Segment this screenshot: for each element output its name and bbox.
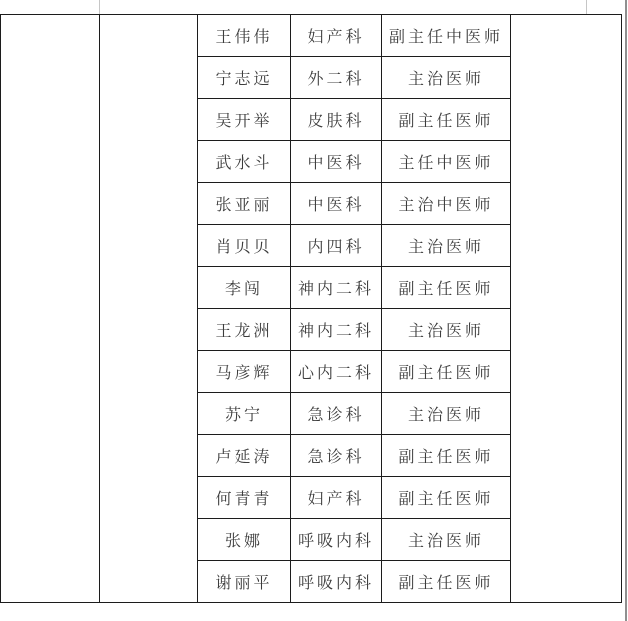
cell-name: 张娜 xyxy=(198,519,291,561)
table-continuation-line-right xyxy=(586,0,587,14)
cell-name: 宁志远 xyxy=(198,57,291,99)
cell-name: 何青青 xyxy=(198,477,291,519)
cell-department: 急诊科 xyxy=(291,393,382,435)
empty-merged-cell-right xyxy=(511,15,622,603)
document-page: 王伟伟 妇产科 副主任中医师 宁志远 外二科 主治医师 吴开举 皮肤科 副主任医… xyxy=(0,0,628,621)
cell-department: 急诊科 xyxy=(291,435,382,477)
cell-name: 马彦辉 xyxy=(198,351,291,393)
cell-title: 副主任医师 xyxy=(382,435,511,477)
cell-title: 副主任中医师 xyxy=(382,15,511,57)
cell-name: 武水斗 xyxy=(198,141,291,183)
cell-name: 谢丽平 xyxy=(198,561,291,603)
table-continuation-line-left xyxy=(99,0,100,14)
cell-title: 副主任医师 xyxy=(382,267,511,309)
cell-name: 张亚丽 xyxy=(198,183,291,225)
cell-name: 卢延涛 xyxy=(198,435,291,477)
cell-title: 副主任医师 xyxy=(382,477,511,519)
cell-department: 心内二科 xyxy=(291,351,382,393)
empty-merged-cell-left-1 xyxy=(1,15,100,603)
staff-roster-table: 王伟伟 妇产科 副主任中医师 宁志远 外二科 主治医师 吴开举 皮肤科 副主任医… xyxy=(0,14,622,603)
cell-title: 主治中医师 xyxy=(382,183,511,225)
cell-name: 李闯 xyxy=(198,267,291,309)
cell-department: 呼吸内科 xyxy=(291,519,382,561)
cell-name: 吴开举 xyxy=(198,99,291,141)
cell-title: 主治医师 xyxy=(382,225,511,267)
cell-title: 副主任医师 xyxy=(382,99,511,141)
cell-department: 神内二科 xyxy=(291,309,382,351)
cell-title: 主治医师 xyxy=(382,57,511,99)
cell-department: 外二科 xyxy=(291,57,382,99)
cell-title: 副主任医师 xyxy=(382,351,511,393)
cell-name: 王伟伟 xyxy=(198,15,291,57)
cell-name: 肖贝贝 xyxy=(198,225,291,267)
cell-department: 中医科 xyxy=(291,141,382,183)
cell-title: 主任中医师 xyxy=(382,141,511,183)
cell-title: 主治医师 xyxy=(382,519,511,561)
cell-department: 妇产科 xyxy=(291,477,382,519)
cell-department: 内四科 xyxy=(291,225,382,267)
table-row: 王伟伟 妇产科 副主任中医师 xyxy=(1,15,622,57)
cell-title: 主治医师 xyxy=(382,393,511,435)
cell-department: 皮肤科 xyxy=(291,99,382,141)
cell-title: 主治医师 xyxy=(382,309,511,351)
empty-merged-cell-left-2 xyxy=(100,15,198,603)
cell-name: 王龙洲 xyxy=(198,309,291,351)
screenshot-right-border xyxy=(625,0,627,621)
cell-name: 苏宁 xyxy=(198,393,291,435)
cell-department: 妇产科 xyxy=(291,15,382,57)
cell-department: 中医科 xyxy=(291,183,382,225)
cell-department: 神内二科 xyxy=(291,267,382,309)
cell-department: 呼吸内科 xyxy=(291,561,382,603)
cell-title: 副主任医师 xyxy=(382,561,511,603)
